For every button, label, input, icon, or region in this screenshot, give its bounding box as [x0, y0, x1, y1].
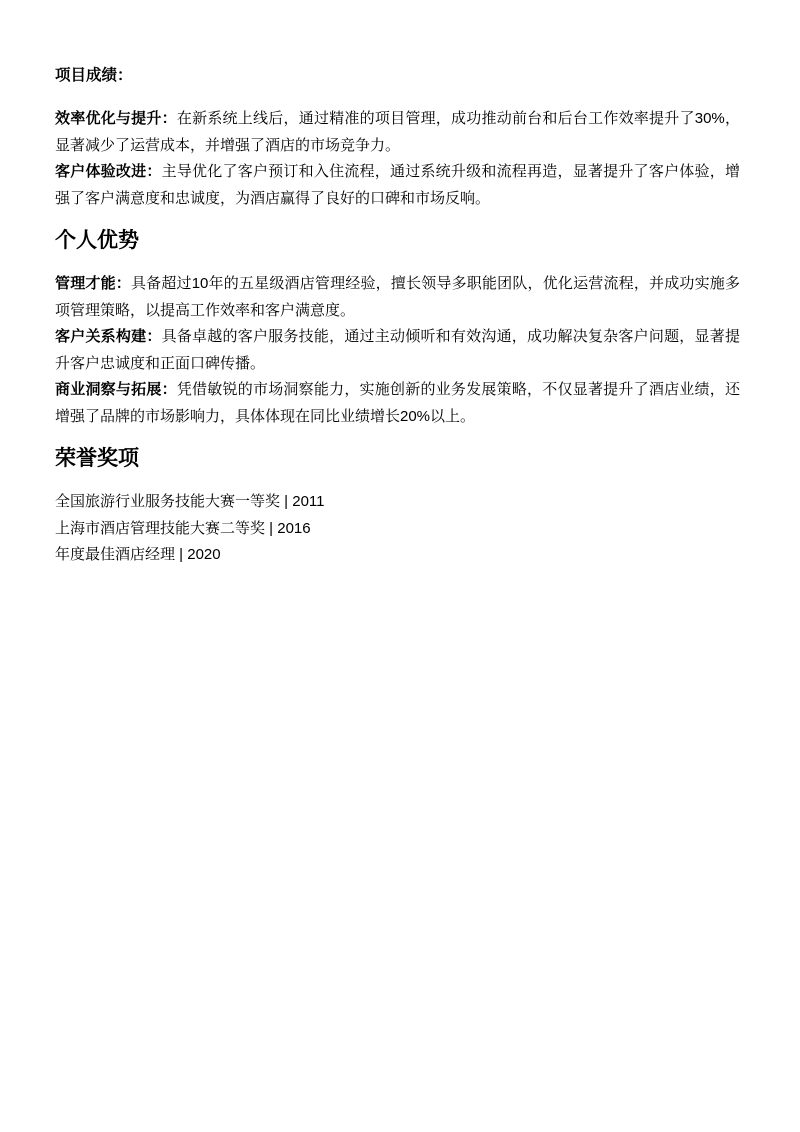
- personal-strengths-section: 管理才能：具备超过10年的五星级酒店管理经验，擅长领导多职能团队，优化运营流程，…: [55, 271, 740, 430]
- section-heading-personal-strengths: 个人优势: [55, 225, 740, 256]
- strength-label-customer-relations: 客户关系构建：: [55, 328, 162, 345]
- award-item-best-hotel-manager: 年度最佳酒店经理 | 2020: [55, 542, 740, 569]
- strength-label-business-insight: 商业洞察与拓展：: [55, 381, 177, 398]
- achievement-item-efficiency: 效率优化与提升：在新系统上线后，通过精准的项目管理，成功推动前台和后台工作效率提…: [55, 106, 740, 159]
- section-heading-honors-awards: 荣誉奖项: [55, 443, 740, 474]
- strength-item-business-insight: 商业洞察与拓展：凭借敏锐的市场洞察能力，实施创新的业务发展策略，不仅显著提升了酒…: [55, 377, 740, 430]
- section-heading-project-results: 项目成绩：: [55, 62, 740, 89]
- strength-item-management: 管理才能：具备超过10年的五星级酒店管理经验，擅长领导多职能团队，优化运营流程，…: [55, 271, 740, 324]
- strength-item-customer-relations: 客户关系构建：具备卓越的客户服务技能，通过主动倾听和有效沟通，成功解决复杂客户问…: [55, 324, 740, 377]
- achievement-label-efficiency: 效率优化与提升：: [55, 110, 177, 127]
- resume-document-page: 项目成绩： 效率优化与提升：在新系统上线后，通过精准的项目管理，成功推动前台和后…: [0, 0, 800, 1132]
- project-results-section: 效率优化与提升：在新系统上线后，通过精准的项目管理，成功推动前台和后台工作效率提…: [55, 106, 740, 212]
- strength-text-management: 具备超过10年的五星级酒店管理经验，擅长领导多职能团队，优化运营流程，并成功实施…: [55, 275, 740, 319]
- award-item-national-tourism-first-prize: 全国旅游行业服务技能大赛一等奖 | 2011: [55, 489, 740, 516]
- strength-label-management: 管理才能：: [55, 275, 131, 292]
- honors-awards-section: 全国旅游行业服务技能大赛一等奖 | 2011 上海市酒店管理技能大赛二等奖 | …: [55, 489, 740, 569]
- achievement-item-customer-experience: 客户体验改进：主导优化了客户预订和入住流程，通过系统升级和流程再造，显著提升了客…: [55, 159, 740, 212]
- achievement-label-customer-experience: 客户体验改进：: [55, 163, 162, 180]
- award-item-shanghai-hotel-second-prize: 上海市酒店管理技能大赛二等奖 | 2016: [55, 516, 740, 543]
